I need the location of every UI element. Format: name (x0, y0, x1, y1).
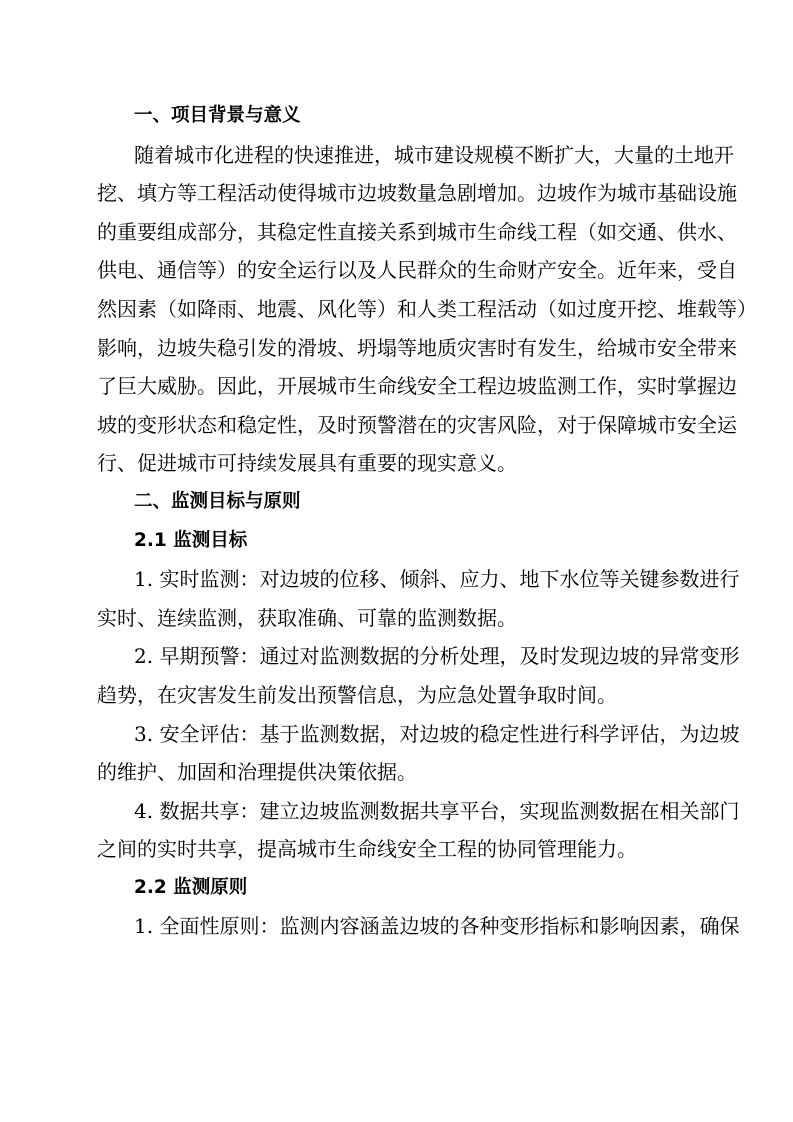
list-item-comprehensiveness: 1. 全面性原则：监测内容涵盖边坡的各种变形指标和影响因素，确保 (97, 907, 698, 946)
text-line: 的重要组成部分，其稳定性直接关系到城市生命线工程（如交通、供水、 (97, 213, 698, 252)
text-line: 实时、连续监测，获取准确、可靠的监测数据。 (97, 599, 698, 638)
section-heading-goals-principles: 二、监测目标与原则 (97, 483, 698, 522)
list-item-early-warning: 2. 早期预警：通过对监测数据的分析处理，及时发现边坡的异常变形 趋势，在灾害发… (97, 637, 698, 714)
text-line: 2. 早期预警：通过对监测数据的分析处理，及时发现边坡的异常变形 (97, 637, 698, 676)
text-line: 随着城市化进程的快速推进，城市建设规模不断扩大，大量的土地开 (97, 136, 698, 175)
text-line: 4. 数据共享：建立边坡监测数据共享平台，实现监测数据在相关部门 (97, 792, 698, 831)
text-line: 之间的实时共享，提高城市生命线安全工程的协同管理能力。 (97, 830, 698, 869)
list-item-safety-assessment: 3. 安全评估：基于监测数据，对边坡的稳定性进行科学评估，为边坡 的维护、加固和… (97, 715, 698, 792)
text-line: 1. 全面性原则：监测内容涵盖边坡的各种变形指标和影响因素，确保 (97, 907, 698, 946)
text-line: 坡的变形状态和稳定性，及时预警潜在的灾害风险，对于保障城市安全运 (97, 406, 698, 445)
list-item-data-sharing: 4. 数据共享：建立边坡监测数据共享平台，实现监测数据在相关部门 之间的实时共享… (97, 792, 698, 869)
text-line: 供电、通信等）的安全运行以及人民群众的生命财产安全。近年来，受自 (97, 251, 698, 290)
paragraph-background: 随着城市化进程的快速推进，城市建设规模不断扩大，大量的土地开 挖、填方等工程活动… (97, 136, 698, 483)
list-item-realtime-monitoring: 1. 实时监测：对边坡的位移、倾斜、应力、地下水位等关键参数进行 实时、连续监测… (97, 560, 698, 637)
text-line: 的维护、加固和治理提供决策依据。 (97, 753, 698, 792)
text-line: 趋势，在灾害发生前发出预警信息，为应急处置争取时间。 (97, 676, 698, 715)
subsection-heading-principles: 2.2 监测原则 (97, 869, 698, 908)
text-line: 了巨大威胁。因此，开展城市生命线安全工程边坡监测工作，实时掌握边 (97, 367, 698, 406)
text-line: 3. 安全评估：基于监测数据，对边坡的稳定性进行科学评估，为边坡 (97, 715, 698, 754)
section-heading-background: 一、项目背景与意义 (97, 97, 698, 136)
text-line: 行、促进城市可持续发展具有重要的现实意义。 (97, 444, 698, 483)
text-line: 然因素（如降雨、地震、风化等）和人类工程活动（如过度开挖、堆载等） (97, 290, 698, 329)
subsection-heading-goals: 2.1 监测目标 (97, 522, 698, 561)
text-line: 挖、填方等工程活动使得城市边坡数量急剧增加。边坡作为城市基础设施 (97, 174, 698, 213)
text-line: 影响，边坡失稳引发的滑坡、坍塌等地质灾害时有发生，给城市安全带来 (97, 329, 698, 368)
text-line: 1. 实时监测：对边坡的位移、倾斜、应力、地下水位等关键参数进行 (97, 560, 698, 599)
document-page: 一、项目背景与意义 随着城市化进程的快速推进，城市建设规模不断扩大，大量的土地开… (97, 97, 698, 946)
